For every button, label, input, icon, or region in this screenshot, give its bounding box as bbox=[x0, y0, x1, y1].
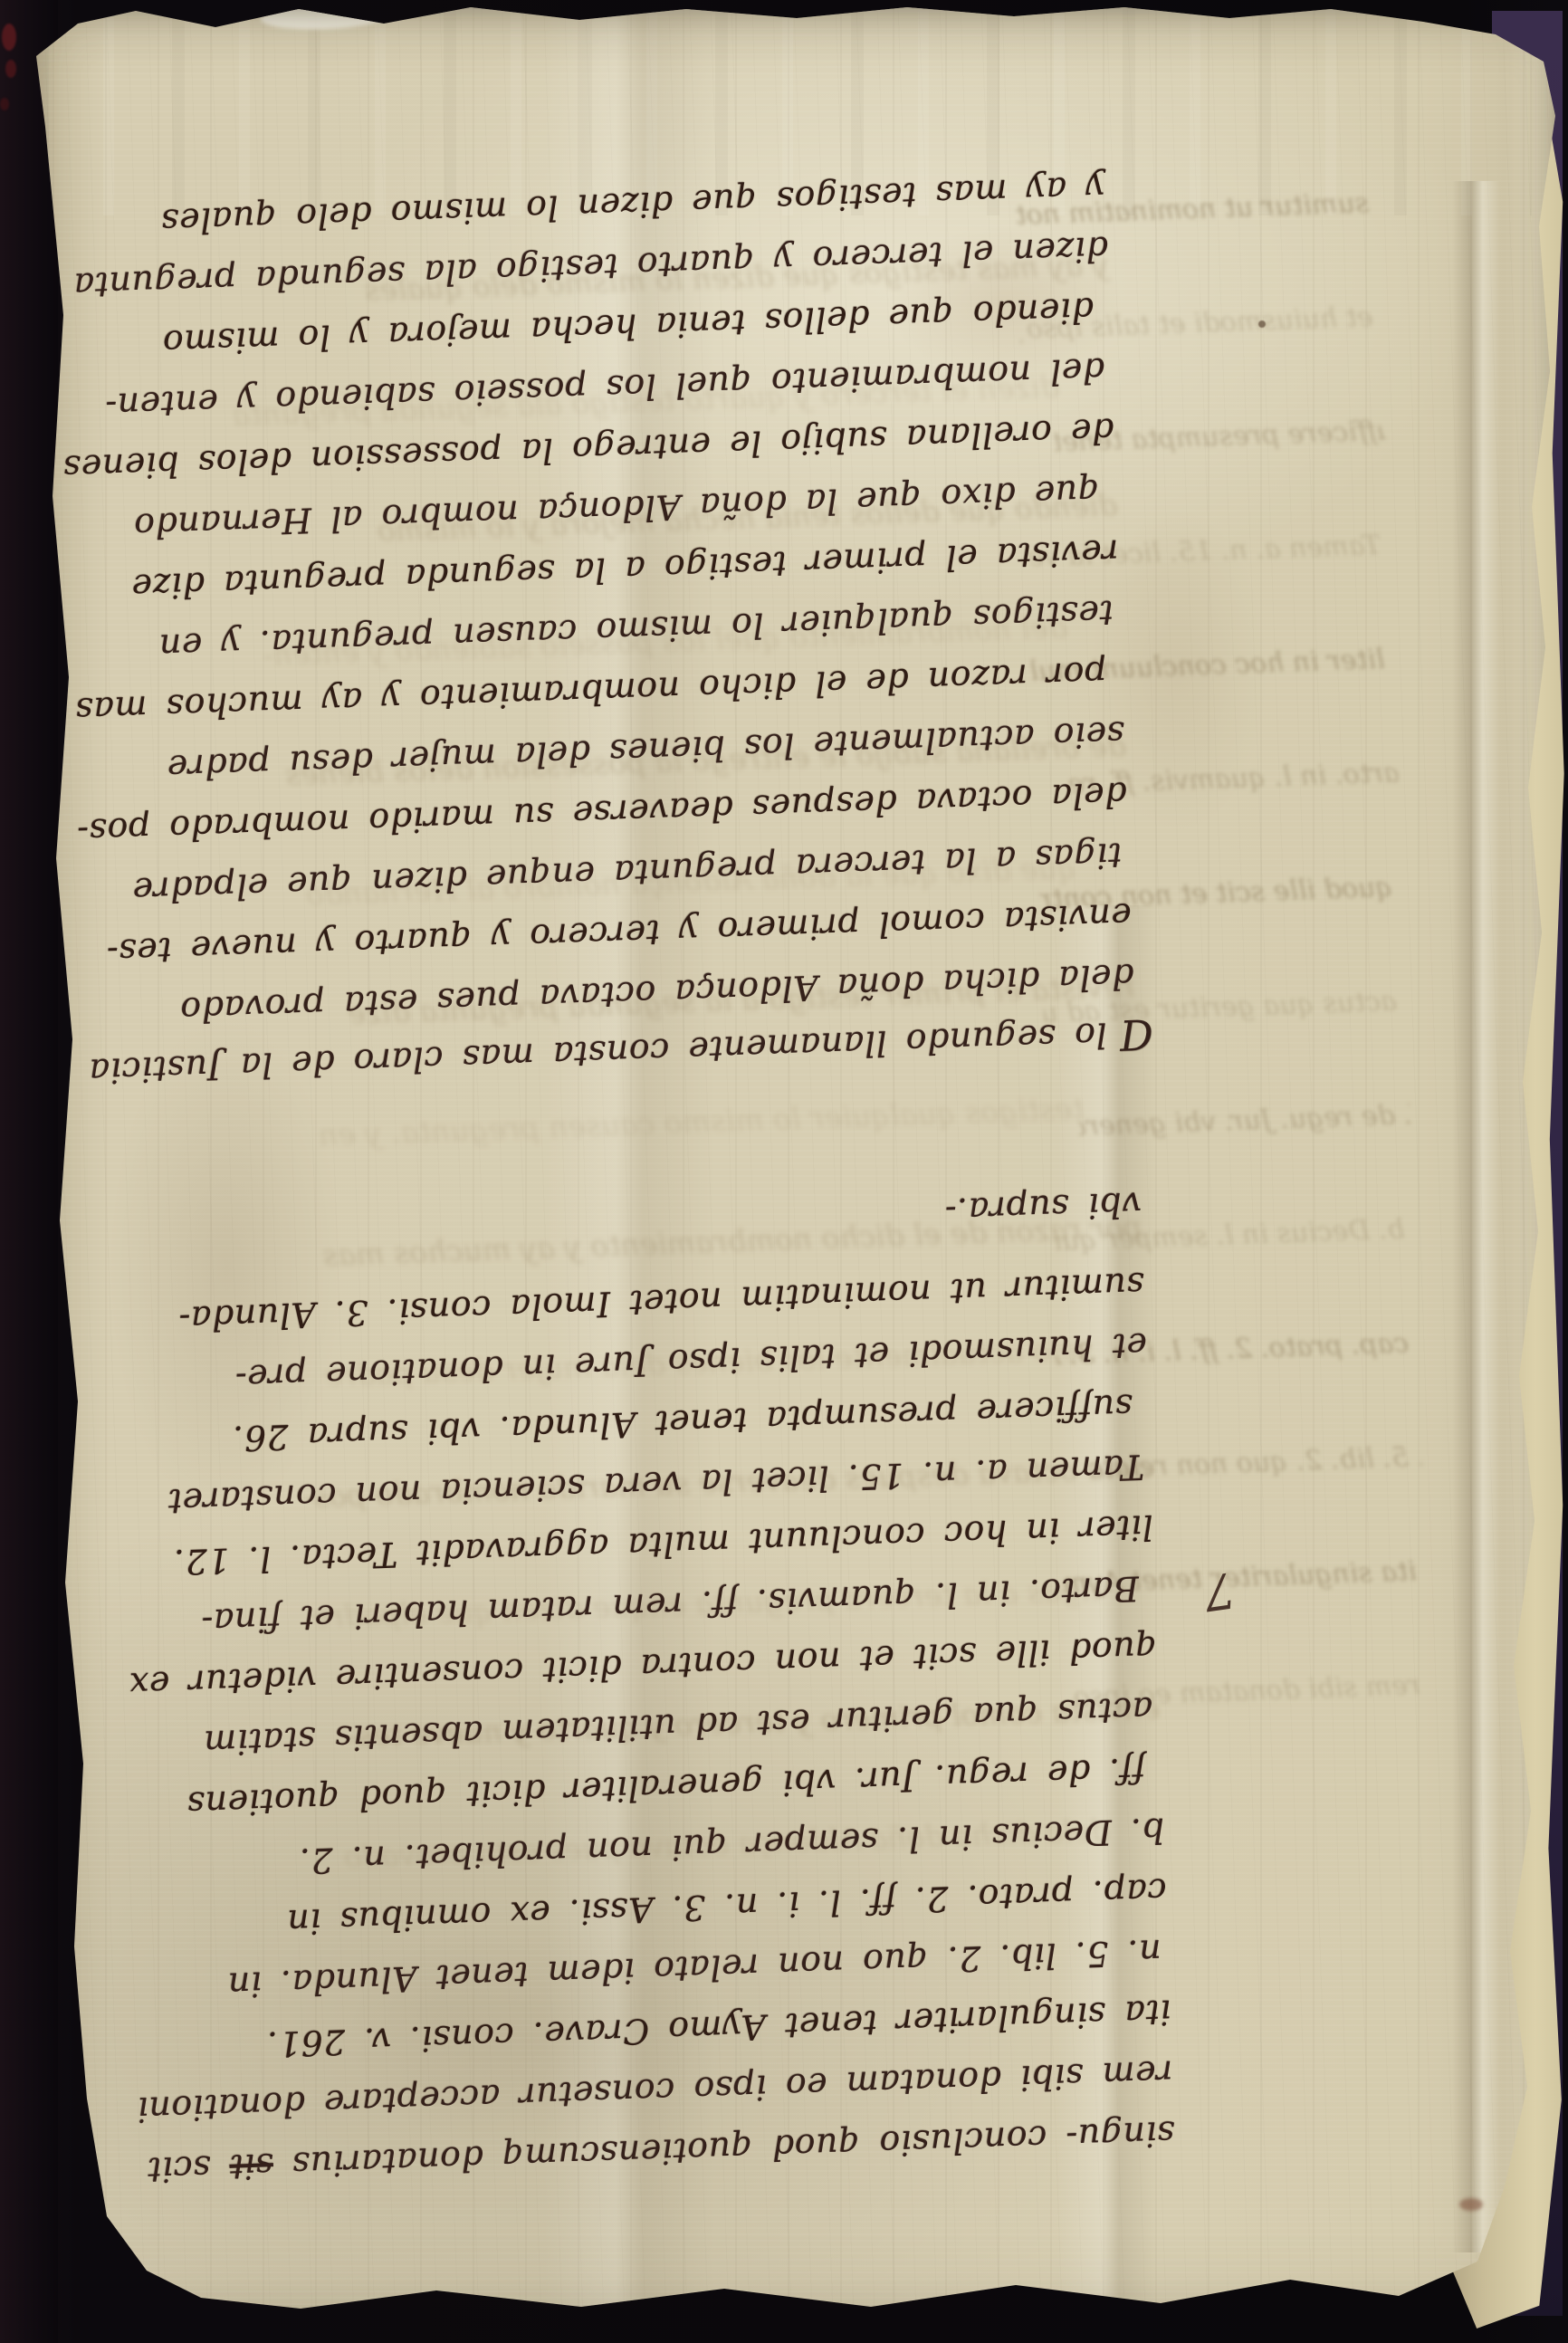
ubi-supra-line: vbi supra.- bbox=[944, 1173, 1143, 1241]
binding-shadow bbox=[0, 0, 58, 2343]
handwritten-text-layer: y ay mas testigos que dizen lo mismo del… bbox=[52, 158, 1177, 2201]
spanish-lines: y ay mas testigos que dizen lo mismo del… bbox=[52, 158, 1135, 1044]
red-binding-speck bbox=[5, 60, 16, 78]
red-binding-speck bbox=[0, 98, 9, 110]
edge-crease bbox=[1452, 181, 1499, 2252]
calderon-paragraph-mark: D bbox=[1106, 1006, 1155, 1068]
manuscript-photo: y ay mas testigos que dizen lo mismo del… bbox=[0, 0, 1568, 2343]
latin-citation-block: sumitur ut nominatim notet Imola consi. … bbox=[91, 1254, 1176, 2201]
red-binding-speck bbox=[2, 24, 16, 51]
ink-dot bbox=[1258, 320, 1266, 328]
spanish-testimony-block: y ay mas testigos que dizen lo mismo del… bbox=[52, 158, 1137, 1105]
manuscript-page: y ay mas testigos que dizen lo mismo del… bbox=[0, 0, 1568, 2343]
ink-smudge bbox=[1459, 2198, 1483, 2211]
latin-lines: sumitur ut nominatim notet Imola consi. … bbox=[91, 1254, 1174, 2140]
struck-word: sit bbox=[229, 2146, 274, 2187]
latin-last-line-post: scit bbox=[147, 2147, 230, 2190]
